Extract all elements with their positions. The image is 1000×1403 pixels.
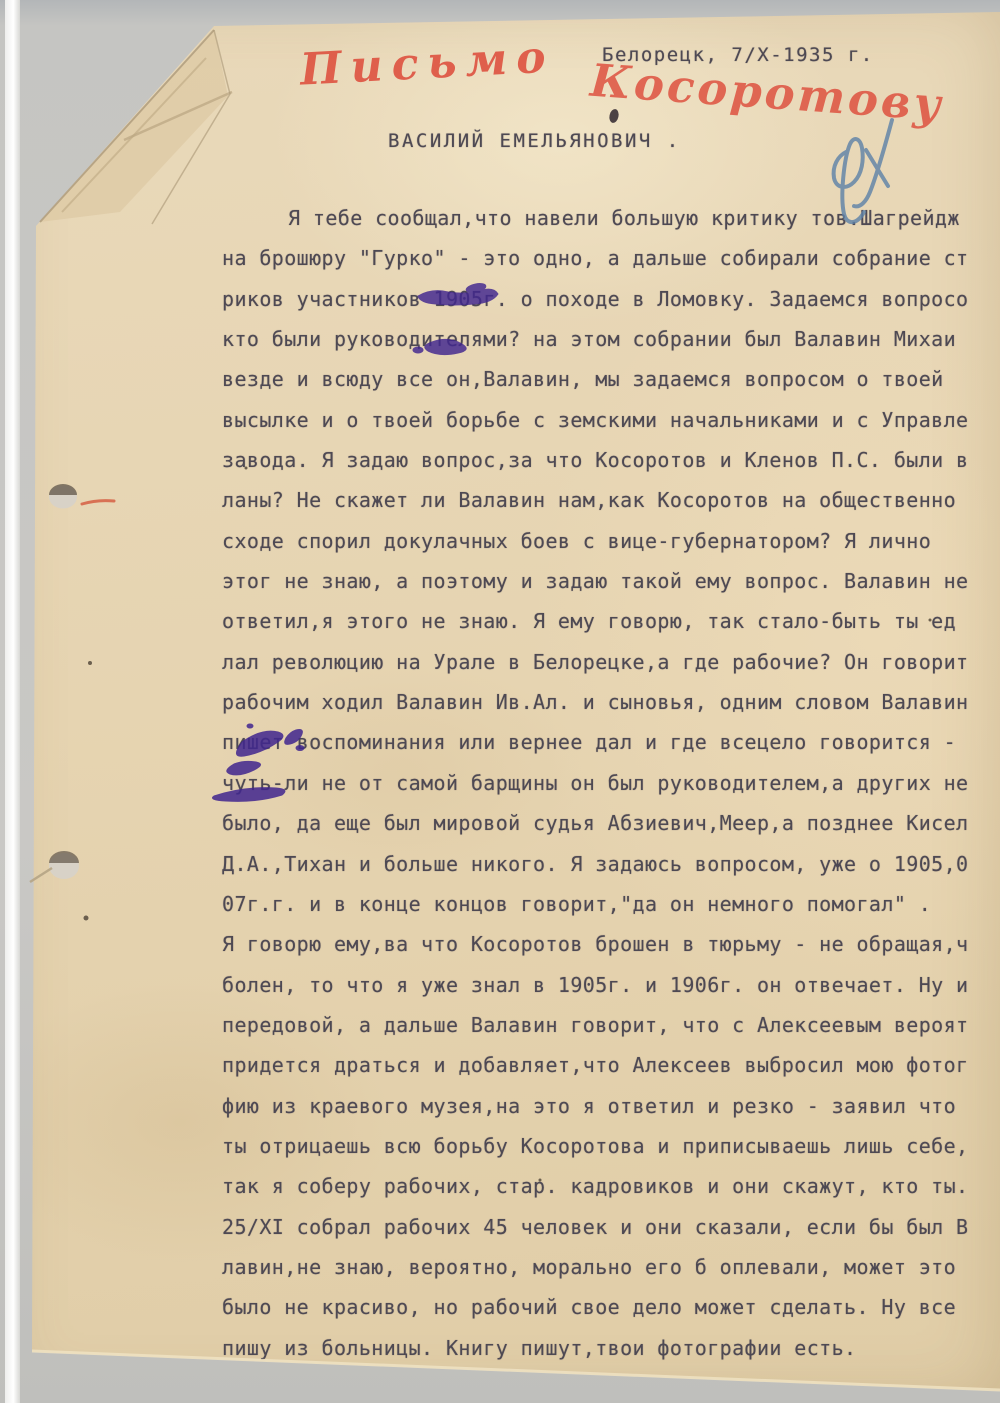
typewritten-line: высылке и о твоей борьбе с земскими нача… (222, 408, 1000, 448)
typewritten-line: пишу из больницы. Книгу пишут,твои фотог… (222, 1336, 1000, 1376)
typewritten-line: везде и всюду все он,Валавин, мы задаемс… (222, 367, 1000, 407)
typewritten-line: этог не знаю, а поэтому и задаю такой ем… (222, 569, 1000, 609)
typewritten-line: лавин,не знаю, вероятно, морально его б … (222, 1255, 1000, 1295)
typewritten-line: передовой, а дальше Валавин говорит, что… (222, 1013, 1000, 1053)
typewritten-line: фию из краевого музея,на это я ответил и… (222, 1094, 1000, 1134)
typewritten-line: было не красиво, но рабочий свое дело мо… (222, 1295, 1000, 1335)
typewritten-line: 07г.г. и в конце концов говорит,"да он н… (222, 892, 1000, 932)
typewritten-line: завода. Я задаю вопрос,за что Косоротов … (222, 448, 1000, 488)
typewritten-line: пишет воспоминания или вернее дал и где … (222, 730, 1000, 770)
typewritten-line: кто были руководителями? на этом собрани… (222, 327, 1000, 367)
typewritten-line: так я соберу рабочих, стар. кадровиков и… (222, 1174, 1000, 1214)
letter-body: Я тебе сообщал,что навели большую критик… (222, 206, 1000, 1376)
typewritten-line: риков участников 1905г. о походе в Ломов… (222, 287, 1000, 327)
typewritten-line: чуть-ли не от самой барщины он был руков… (222, 771, 1000, 811)
typewritten-line: Я тебе сообщал,что навели большую критик… (222, 206, 1000, 246)
typewritten-line: ты отрицаешь всю борьбу Косоротова и при… (222, 1134, 1000, 1174)
typewritten-line: сходе спорил докулачных боев с вице-губе… (222, 529, 1000, 569)
letter-content: Белорецк, 7/X-1935 г. Письмо Косоротову … (0, 0, 1000, 1403)
typewritten-line: рабочим ходил Валавин Ив.Ал. и сыновья, … (222, 690, 1000, 730)
typewritten-line: Я говорю ему,ва что Косоротов брошен в т… (222, 932, 1000, 972)
typewritten-line: ланы? Не скажет ли Валавин нам,как Косор… (222, 488, 1000, 528)
typewritten-line: Д.А.,Тихан и больше никого. Я задаюсь во… (222, 852, 1000, 892)
typewritten-line: 25/XI собрал рабочих 45 человек и они ск… (222, 1215, 1000, 1255)
typewritten-line: на брошюру "Гурко" - это одно, а дальше … (222, 246, 1000, 286)
red-handwritten-note-word1: Письмо (299, 31, 556, 95)
typewritten-line: было, да еще был мировой судья Абзиевич,… (222, 811, 1000, 851)
typewritten-line: болен, то что я уже знал в 1905г. и 1906… (222, 973, 1000, 1013)
red-handwritten-note-word2: Косоротову (589, 54, 946, 132)
typewritten-line: лал революцию на Урале в Белорецке,а где… (222, 650, 1000, 690)
scanned-page: Белорецк, 7/X-1935 г. Письмо Косоротову … (0, 0, 1000, 1403)
typewritten-line: ответил,я этого не знаю. Я ему говорю, т… (222, 609, 1000, 649)
salutation: ВАСИЛИЙ ЕМЕЛЬЯНОВИЧ . (388, 130, 681, 152)
typewritten-line: придется драться и добавляет,что Алексее… (222, 1053, 1000, 1093)
